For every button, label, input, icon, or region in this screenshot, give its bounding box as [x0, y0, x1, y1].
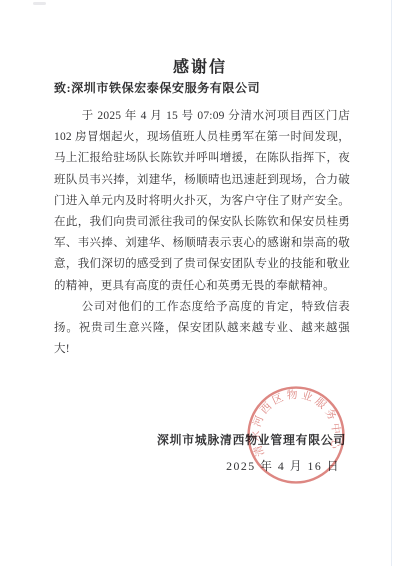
body-paragraph-2: 公司对他们的工作态度给予高度的肯定，特致信表扬。祝贵司生意兴隆，保安团队越来越专… [54, 297, 350, 361]
scan-artifact-top [33, 2, 46, 5]
body-paragraph-1: 于 2025 年 4 月 15 号 07:09 分清水河项目西区门店 102 房… [54, 106, 350, 297]
recipient-line: 致:深圳市铁保宏泰保安服务有限公司 [54, 79, 260, 96]
signature-company: 深圳市城脉清西物业管理有限公司 [157, 431, 346, 448]
letter-body: 于 2025 年 4 月 15 号 07:09 分清水河项目西区门店 102 房… [54, 106, 350, 360]
thank-you-letter-page: 感谢信 致:深圳市铁保宏泰保安服务有限公司 于 2025 年 4 月 15 号 … [0, 0, 400, 566]
signature-date: 2025 年 4 月 16 日 [157, 457, 346, 474]
letter-title: 感谢信 [0, 54, 400, 77]
signature-block: 深圳市城脉清西物业管理有限公司 2025 年 4 月 16 日 [157, 431, 346, 474]
scan-edge-artifact [391, 0, 393, 566]
